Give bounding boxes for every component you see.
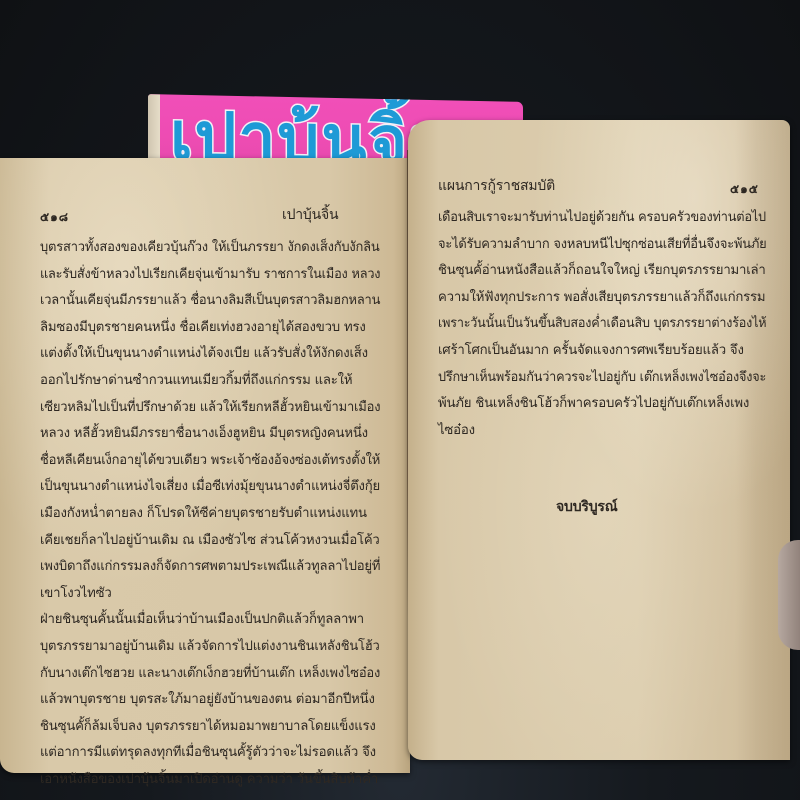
text-line: เศร้าโศกเป็นอันมาก ครั้นจัดแจงการศพเรียบ… [438,339,744,360]
holding-thumb [778,540,800,650]
text-line: ชินซุนคั้อ่านหนังสือแล้วก็ถอนใจใหญ่ เรีย… [438,259,766,280]
text-line: บุตรสาวทั้งสองของเคียวบุ้นก๊วง ให้เป็นภร… [40,236,380,257]
text-line: เคียเชยก็ลาไปอยู่บ้านเดิม ณ เมืองซัวไซ ส… [40,529,380,550]
text-line: เอาหนังสือของเปาบุ้นจิ้นมาเปิดอ่านดู ควา… [40,768,378,789]
left-page-number: ๕๑๘ [40,208,69,227]
text-line: ไซอ๋อง [438,419,475,440]
text-line: เมืองกังหน่ำตายลง ก็โปรดให้ซีค่ายบุตรชาย… [40,502,367,523]
left-page: ๕๑๘ เปาบุ้นจิ้น บุตรสาวทั้งสองของเคียวบุ… [0,158,410,773]
text-line: เขาโงวไทซัว [40,582,112,603]
right-running-head: แผนการกู้ราชสมบัติ [438,175,555,197]
text-line: ฝ่ายชินซุนคั้นนั้นเมื่อเห็นว่าบ้านเมืองเ… [40,608,364,629]
text-line: เดือนสิบเราจะมารับท่านไปอยู่ด้วยกัน ครอบ… [438,206,766,227]
text-line: แต่อาการมีแต่ทรุดลงทุกทีเมื่อชินซุนคั้รู… [40,741,376,762]
text-line: เซียวหลิมไปเป็นที่ปรึกษาด้วย แล้วให้เรีย… [40,396,380,417]
cover-spine [148,94,160,164]
ending-text: จบบริบูรณ์ [556,496,618,518]
right-page: แผนการกู้ราชสมบัติ ๕๑๕ เดือนสิบเราจะมารั… [408,120,790,760]
text-line: พ้นภัย ชินเหล็งชินโฮ้วก็พาครอบครัวไปอยู่… [438,392,749,413]
text-line: กับนางเต๊กไซฮวย และนางเต๊กเง็กฮวยที่บ้าน… [40,662,380,683]
text-line: เป็นขุนนางตำแหน่งไจเสี่ยง เมื่อซีเท่งมุ้… [40,475,380,496]
text-line: เวลานั้นเคียจุ่นมีภรรยาแล้ว ชื่อนางลิมสี… [40,289,380,310]
left-running-head: เปาบุ้นจิ้น [282,204,338,226]
text-line: จะได้รับความลำบาก จงหลบหนีไปซุกซ่อนเสียท… [438,233,766,254]
text-line: ชื่อหลีเคียนเง็กอายุได้ขวบเดียว พระเจ้าซ… [40,449,380,470]
text-line: ออกไปรักษาด่านซำกวนแทนเมียวกิ้มที่ถึงแก่… [40,369,352,390]
text-line: หลวง หลีฮั้วหยินมีภรรยาชื่อนางเอ็งฮูหยิน… [40,422,368,443]
text-line: แต่งตั้งให้เป็นขุนนางตำแหน่งไต้จงเบีย แล… [40,342,368,363]
text-line: ลิมซองมีบุตรชายคนหนึ่ง ชื่อเคียเท่งฮวงอา… [40,316,366,337]
text-line: แล้วพาบุตรชาย บุตรสะใภ้มาอยู่ยังบ้านของต… [40,688,375,709]
text-line: ความให้ฟังทุกประการ พอสั่งเสียบุตรภรรยาแ… [438,286,765,307]
text-line: เพราะวันนั้นเป็นวันขึ้นสิบสองค่ำเดือนสิบ… [438,312,766,333]
text-line: และรับสั่งข้าหลวงไปเรียกเคียจุ่นเข้ามารั… [40,263,380,284]
text-line: บุตรภรรยามาอยู่บ้านเดิม แล้วจัดการไปแต่ง… [40,635,380,656]
text-line: ปรึกษาเห็นพร้อมกันว่าควรจะไปอยู่กับ เต๊ก… [438,366,766,387]
text-line: เพงบิดาถึงแก่กรรมลงก็จัดการศพตามประเพณีแ… [40,555,380,576]
text-line: ชินซุนคั้ก็ล้มเจ็บลง บุตรภรรยาได้หมอมาพย… [40,715,376,736]
right-page-number: ๕๑๕ [730,180,759,199]
